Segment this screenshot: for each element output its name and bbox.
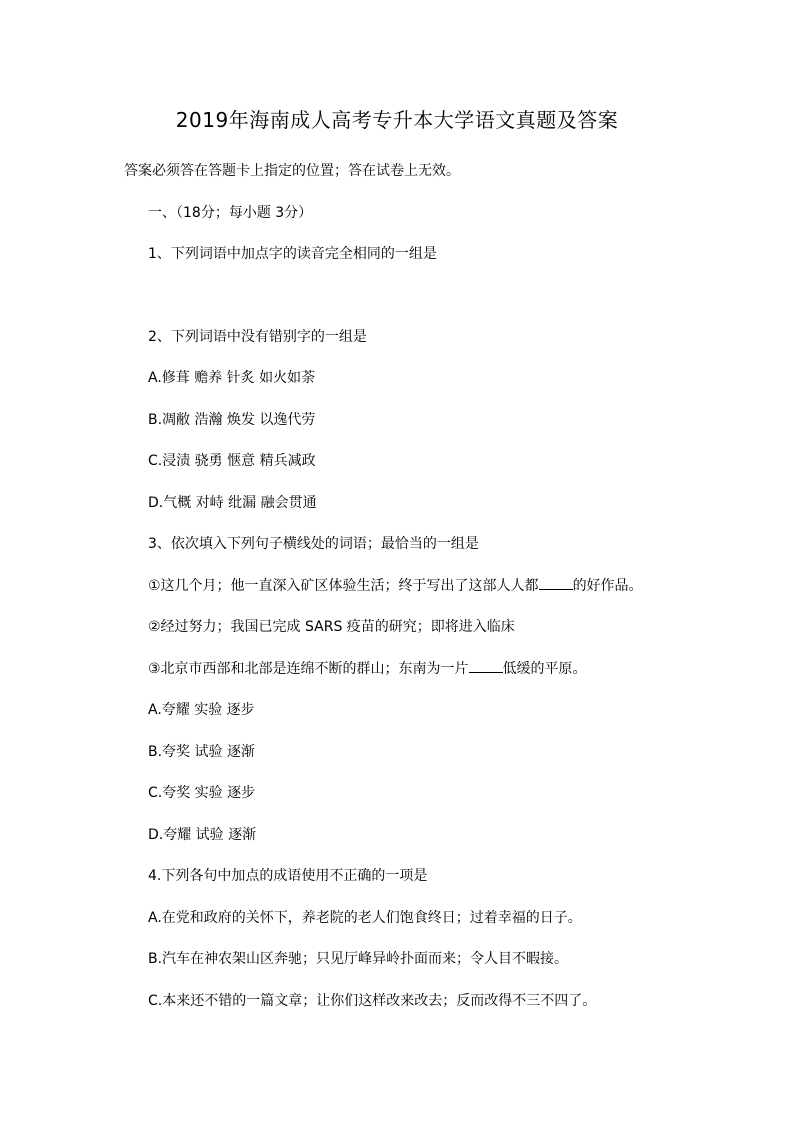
question-4-option-c: C.本来还不错的一篇文章；让你们这样改来改去；反而改得不三不四了。 (148, 992, 596, 1010)
question-3-option-a: A.夸耀 实验 逐步 (148, 701, 255, 719)
document-page: 2019年海南成人高考专升本大学语文真题及答案 答案必须答在答题卡上指定的位置；… (0, 0, 794, 1123)
question-2-option-b: B.凋敝 浩瀚 焕发 以逸代劳 (148, 411, 315, 429)
fill-blank (469, 660, 503, 673)
question-4-option-b: B.汽车在神农架山区奔驰；只见厅峰异岭扑面而来；令人目不暇接。 (148, 950, 568, 968)
question-3-option-b: B.夸奖 试验 逐渐 (148, 743, 255, 761)
section-header: 一、（18分；每小题 3分） (148, 204, 312, 222)
sentence-text: 的好作品。 (573, 578, 643, 594)
question-4-stem: 4.下列各句中加点的成语使用不正确的一项是 (148, 867, 427, 885)
question-2-option-a: A.修葺 赡养 针炙 如火如荼 (148, 369, 315, 387)
question-4-option-a: A.在党和政府的关怀下，养老院的老人们饱食终日；过着幸福的日子。 (148, 909, 582, 927)
sentence-text: ②经过努力；我国已完成 SARS 疫苗的研究；即将进入临床 (148, 619, 515, 635)
question-3-stem: 3、依次填入下列句子横线处的词语；最恰当的一组是 (148, 535, 479, 553)
fill-blank (539, 577, 573, 590)
question-3-sentence-1: ①这几个月；他一直深入矿区体验生活；终于写出了这部人人都的好作品。 (148, 577, 643, 595)
question-2-stem: 2、下列词语中没有错别字的一组是 (148, 328, 367, 346)
sentence-text: ①这几个月；他一直深入矿区体验生活；终于写出了这部人人都 (148, 578, 539, 594)
question-3-sentence-3: ③北京市西部和北部是连绵不断的群山；东南为一片低缓的平原。 (148, 660, 587, 678)
question-3-sentence-2: ②经过努力；我国已完成 SARS 疫苗的研究；即将进入临床 (148, 618, 515, 636)
question-3-option-c: C.夸奖 实验 逐步 (148, 784, 255, 802)
question-2-option-d: D.气概 对峙 纰漏 融会贯通 (148, 494, 317, 512)
sentence-text: ③北京市西部和北部是连绵不断的群山；东南为一片 (148, 661, 469, 677)
instruction-text: 答案必须答在答题卡上指定的位置；答在试卷上无效。 (124, 162, 460, 180)
document-title: 2019年海南成人高考专升本大学语文真题及答案 (0, 104, 794, 133)
sentence-text: 低缓的平原。 (503, 661, 587, 677)
question-1-stem: 1、下列词语中加点字的读音完全相同的一组是 (148, 245, 437, 263)
question-3-option-d: D.夸耀 试验 逐渐 (148, 826, 256, 844)
question-2-option-c: C.浸渍 骁勇 惬意 精兵减政 (148, 452, 316, 470)
